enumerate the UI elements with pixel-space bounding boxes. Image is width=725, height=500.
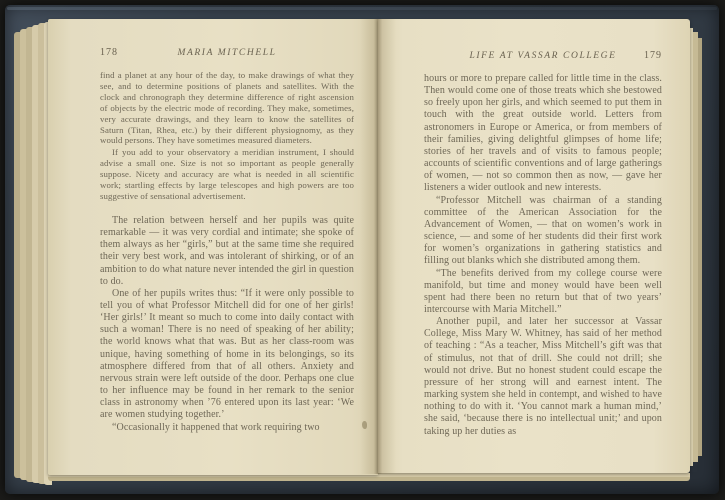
extract-paragraph: find a planet at any hour of the day, to… [100,70,354,146]
right-page-text: LIFE AT VASSAR COLLEGE 179 hours or more… [424,50,662,438]
body-paragraph: One of her pupils writes thus: “If it we… [100,288,354,422]
page-edges-right [688,26,704,468]
page-edges-left [14,22,50,480]
body-paragraph: Another pupil, and later her successor a… [424,316,662,438]
letter-extract: find a planet at any hour of the day, to… [100,70,354,202]
photo-background: 178 MARIA MITCHELL find a planet at any … [0,0,725,500]
running-header-right: LIFE AT VASSAR COLLEGE [454,51,632,61]
body-paragraph: “The benefits derived from my college co… [424,268,662,317]
running-header-left: MARIA MITCHELL [130,48,324,58]
right-running-head: LIFE AT VASSAR COLLEGE 179 [424,50,662,61]
page-number-left: 178 [100,47,130,58]
page-edge-strip [698,38,702,456]
ink-smudge [362,421,367,429]
left-running-head: 178 MARIA MITCHELL [100,47,354,58]
body-paragraph: hours or more to prepare called for litt… [424,73,662,195]
body-paragraph: “Occasionally it happened that work requ… [100,422,354,434]
extract-paragraph: If you add to your observatory a meridia… [100,147,354,202]
page-number-right: 179 [632,50,662,61]
left-page-text: 178 MARIA MITCHELL find a planet at any … [100,47,354,434]
page-edge-strip [48,477,690,481]
left-body-text: The relation between herself and her pup… [100,215,354,434]
body-paragraph: “Professor Mitchell was chairman of a st… [424,195,662,268]
body-paragraph: The relation between herself and her pup… [100,215,354,288]
book-photo: { "book": { "colors": { "background": "#… [0,0,725,500]
right-body-text: hours or more to prepare called for litt… [424,73,662,438]
